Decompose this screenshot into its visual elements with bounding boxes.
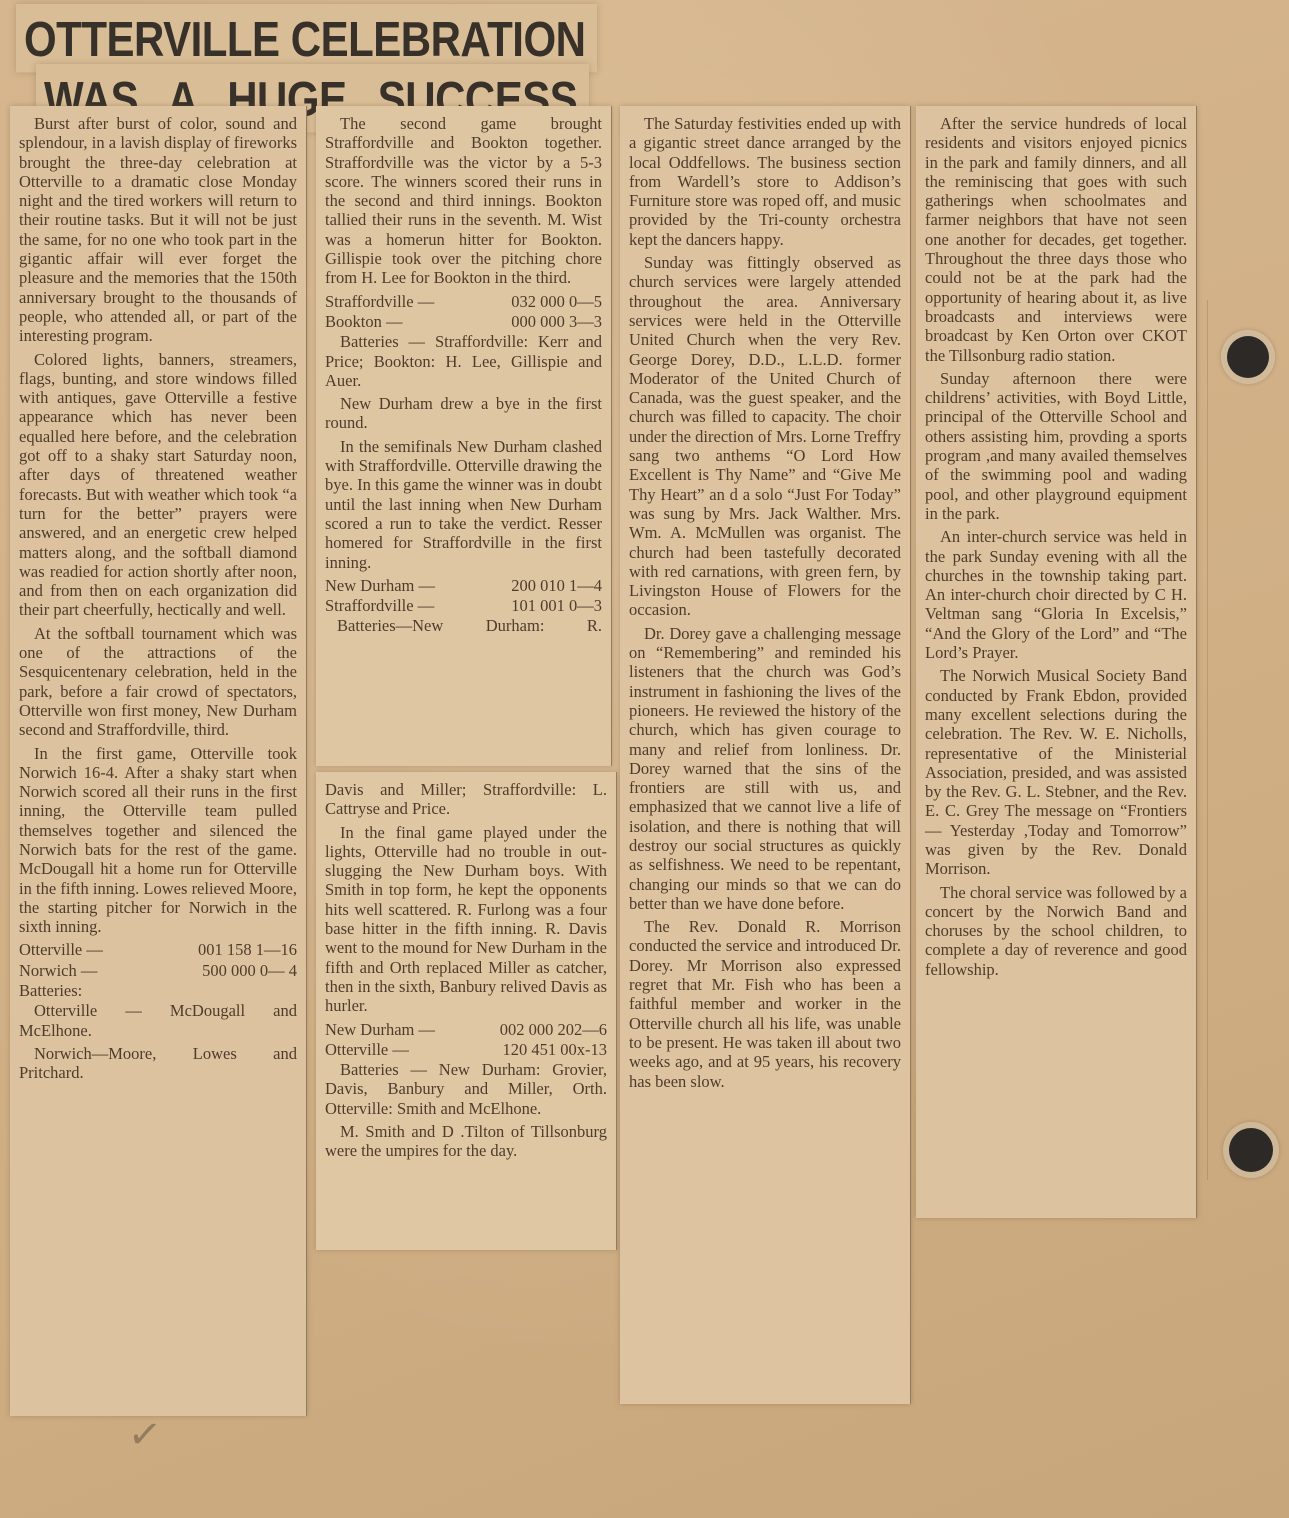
paragraph: Davis and Miller; Straffordville: L. Cat… [325,780,607,819]
paragraph: Sunday afternoon there were childrens’ a… [925,369,1187,523]
scoreline: Bookton — 000 000 3—3 [325,312,602,331]
scoreline: Otterville — 001 158 1—16 [19,940,297,959]
scoreline-score: 032 000 0—5 [511,292,602,311]
paragraph: Batteries — Straffordville: Kerr and Pri… [325,332,602,390]
scoreline: New Durham — 200 010 1—4 [325,576,602,595]
paper-crease [1207,300,1208,1180]
paragraph: In the final game played under the light… [325,823,607,1016]
scoreline-team: Straffordville — [325,596,434,615]
batteries-label: Batteries: [19,981,297,1000]
paragraph: The Rev. Donald R. Morrison conducted th… [629,917,901,1091]
article-column-3: The Saturday festivities ended up with a… [620,106,911,1404]
paragraph: Batteries — New Durham: Grovier, Davis, … [325,1060,607,1118]
paragraph: After the service hundreds of local resi… [925,114,1187,365]
scoreline-score: 000 000 3—3 [511,312,602,331]
scoreline-team: Straffordville — [325,292,434,311]
scoreline: Straffordville — 032 000 0—5 [325,292,602,311]
hole-punch-top [1227,336,1269,378]
paragraph: The second game brought Straffordville a… [325,114,602,288]
paragraph: Burst after burst of color, sound and sp… [19,114,297,346]
paragraph: M. Smith and D .Tilton of Tillsonburg we… [325,1122,607,1161]
paragraph: Otterville — McDougall and McElhone. [19,1001,297,1040]
scoreline-team: Norwich — [19,961,97,980]
scoreline-score: 200 010 1—4 [511,576,602,595]
paragraph: The choral service was followed by a con… [925,883,1187,979]
paragraph: At the softball tournament which was one… [19,624,297,740]
scoreline-team: Otterville — [19,940,103,959]
hole-punch-bottom [1229,1128,1273,1172]
paragraph: The Saturday festivities ended up with a… [629,114,901,249]
scoreline-team: New Durham — [325,576,435,595]
scoreline: Norwich — 500 000 0— 4 [19,961,297,980]
article-column-2-lower: Davis and Miller; Straffordville: L. Cat… [316,772,617,1250]
scoreline-score: 001 158 1—16 [198,940,297,959]
paragraph: Norwich—Moore, Lowes and Pritchard. [19,1044,297,1083]
article-column-2-upper: The second game brought Straffordville a… [316,106,612,766]
paragraph: An inter-church service was held in the … [925,527,1187,662]
scoreline-score: 101 001 0—3 [511,596,602,615]
article-column-1: Burst after burst of color, sound and sp… [10,106,307,1416]
paragraph: In the first game, Otterville took Norwi… [19,744,297,937]
scoreline-score: 002 000 202—6 [500,1020,607,1039]
batteries-line-split: Batteries—New Durham: R. [325,616,602,635]
pencil-checkmark: ✓ [126,1410,164,1459]
article-column-4: After the service hundreds of local resi… [916,106,1197,1218]
scoreline-team: Otterville — [325,1040,409,1059]
scoreline: Straffordville — 101 001 0—3 [325,596,602,615]
scoreline-team: Bookton — [325,312,402,331]
scoreline: New Durham — 002 000 202—6 [325,1020,607,1039]
scoreline-score: 120 451 00x-13 [503,1040,608,1059]
scoreline-score: 500 000 0— 4 [202,961,297,980]
paragraph: In the semifinals New Durham clashed wit… [325,437,602,572]
paragraph: Colored lights, banners, streamers, flag… [19,350,297,620]
paragraph: The Norwich Musical Society Band conduct… [925,666,1187,878]
paragraph: Dr. Dorey gave a challenging message on … [629,624,901,913]
paragraph: Sunday was fittingly observed as church … [629,253,901,620]
paragraph: New Durham drew a bye in the first round… [325,394,602,433]
scoreline-team: New Durham — [325,1020,435,1039]
scoreline: Otterville — 120 451 00x-13 [325,1040,607,1059]
headline-line-1: OTTERVILLE CELEBRATION [16,4,597,72]
